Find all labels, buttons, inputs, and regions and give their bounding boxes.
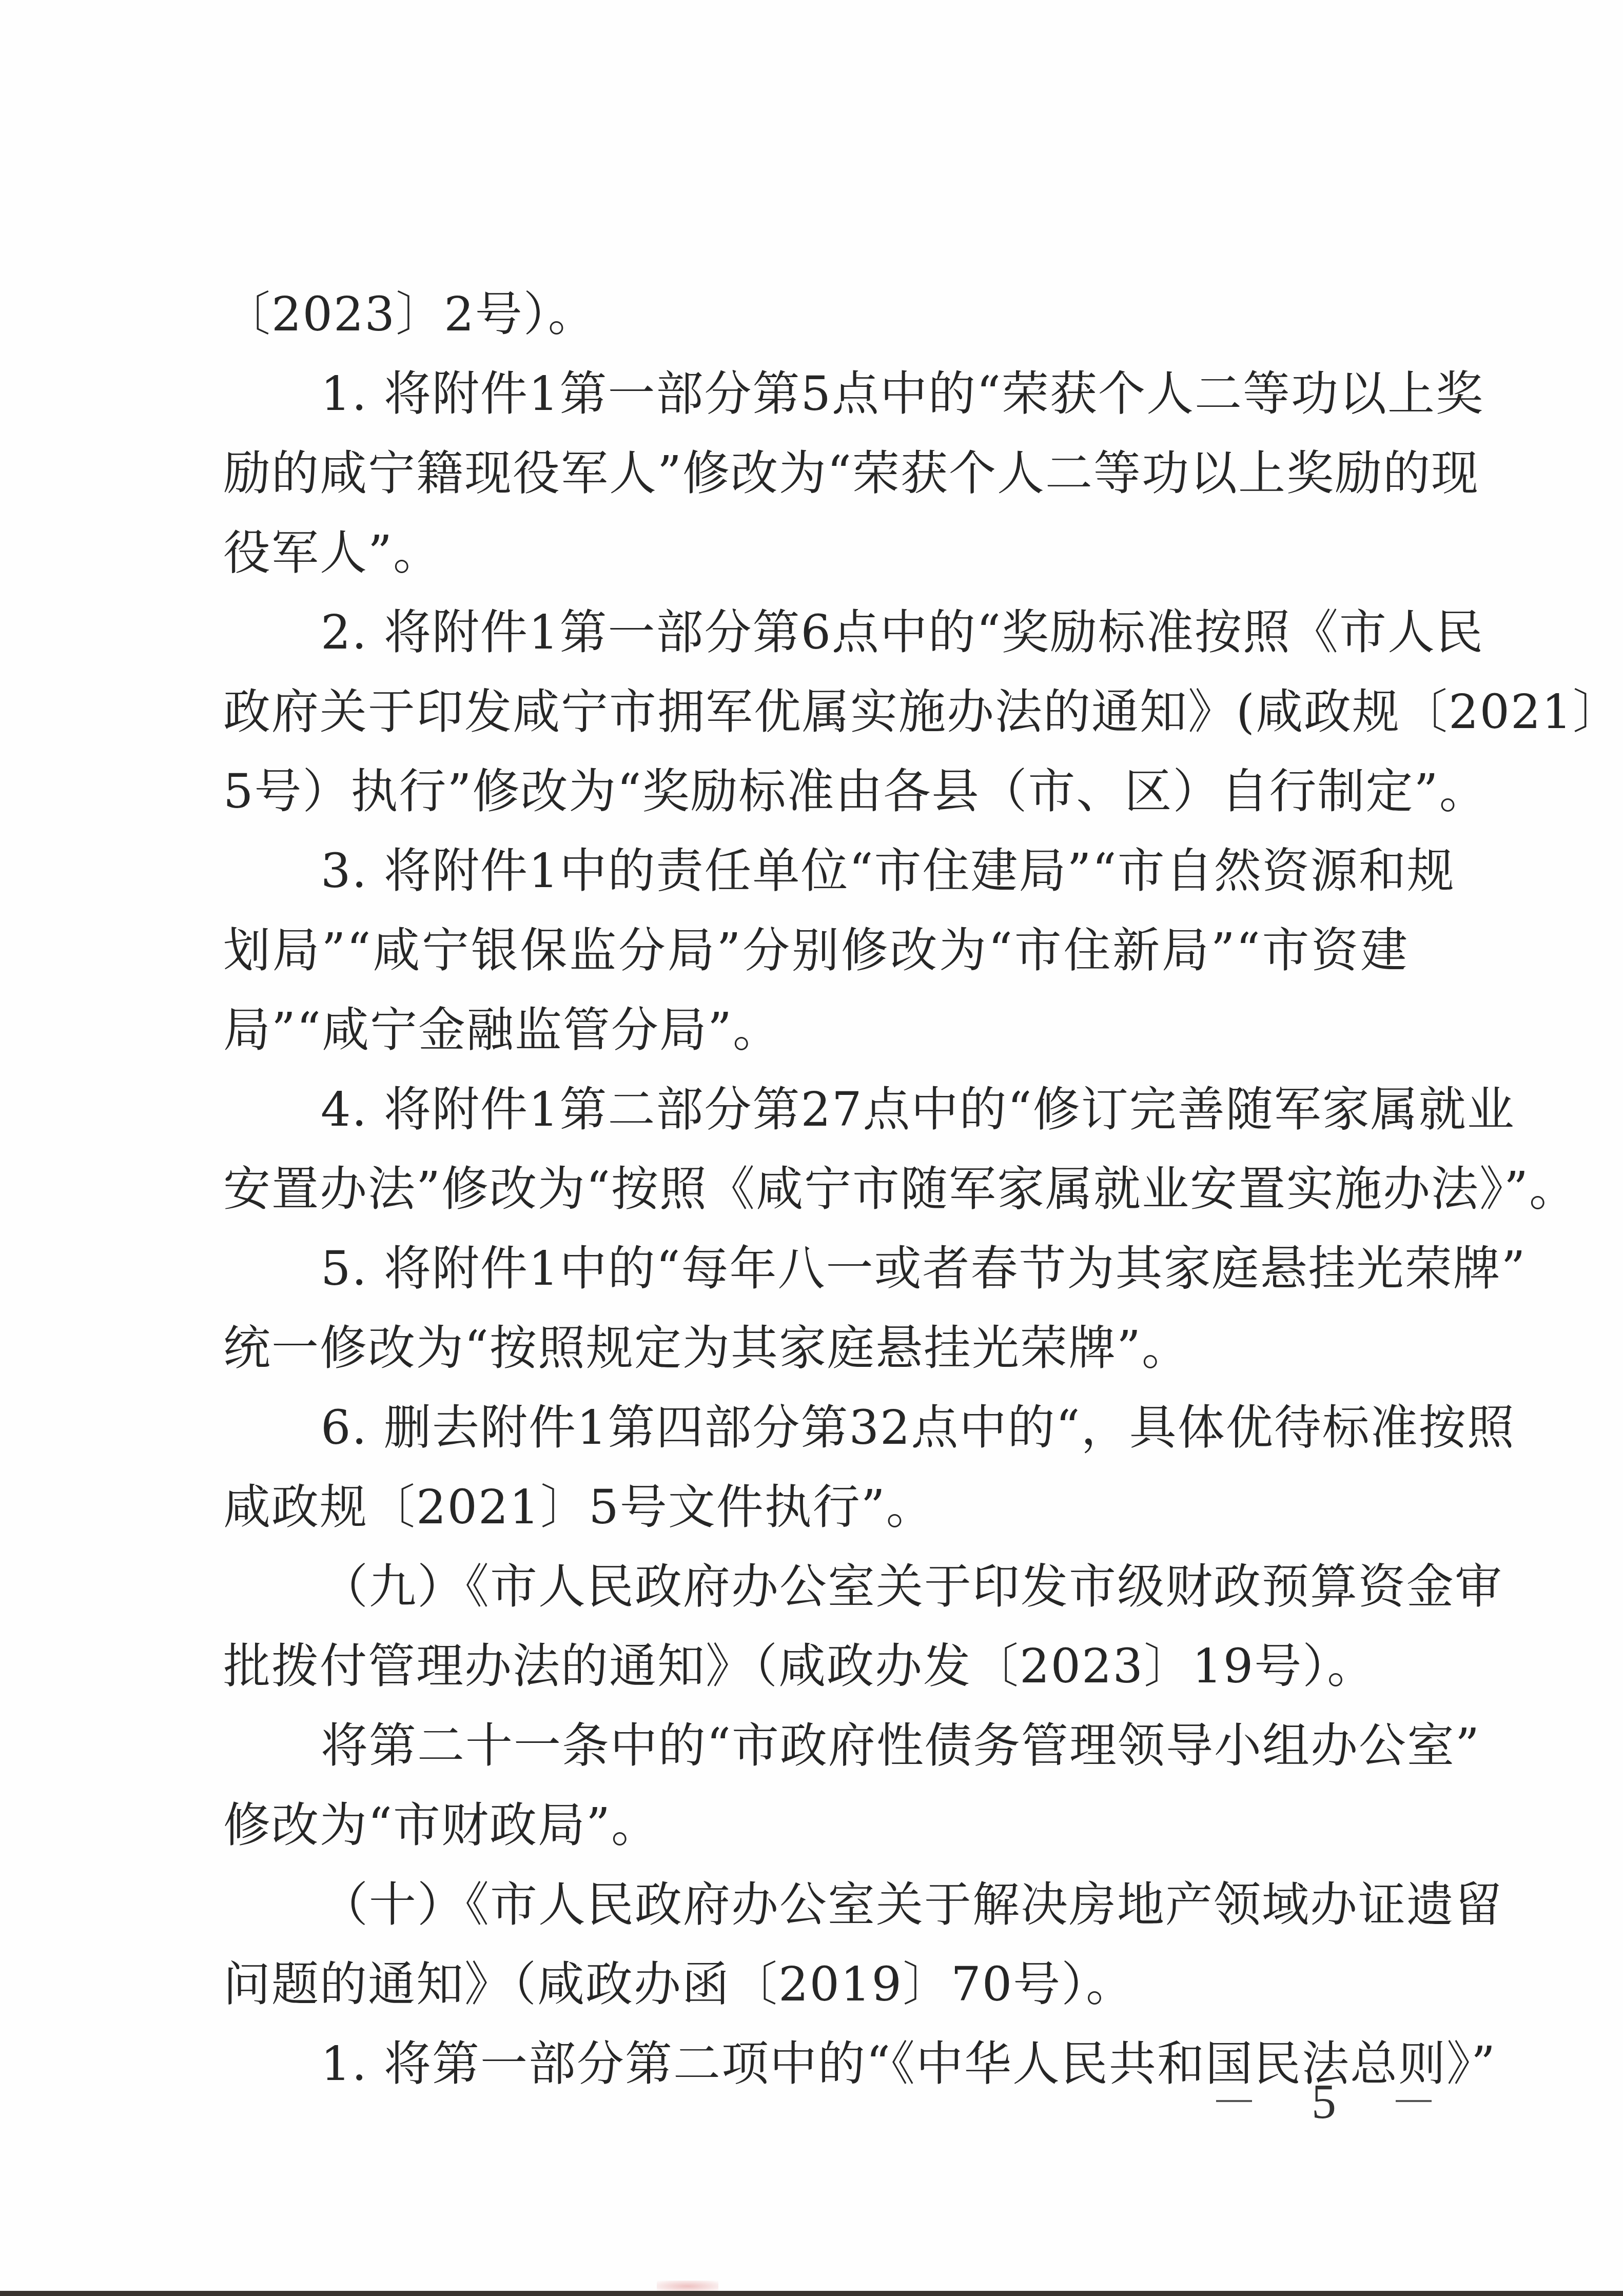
seal-bleed-mark <box>657 2281 718 2292</box>
paragraph-line: 励的咸宁籍现役军人”修改为“荣获个人二等功以上奖励的现 <box>223 440 1409 520</box>
section-heading-line: 问题的通知》（咸政办函〔2019〕70号）。 <box>223 1951 1409 2031</box>
paragraph-line: 1. 将附件1第一部分第5点中的“荣获个人二等功以上奖 <box>223 361 1409 440</box>
paragraph-line: 划局”“咸宁银保监分局”分别修改为“市住新局”“市资建 <box>223 917 1409 997</box>
section-heading-line: （十）《市人民政府办公室关于解决房地产领域办证遗留 <box>223 1872 1409 1951</box>
scan-bottom-edge <box>0 2291 1623 2296</box>
section-heading-line: （九）《市人民政府办公室关于印发市级财政预算资金审 <box>223 1554 1409 1633</box>
paragraph-line: 安置办法”修改为“按照《咸宁市随军家属就业安置实施办法》”。 <box>223 1156 1409 1235</box>
section-heading-line: 批拨付管理办法的通知》（咸政办发〔2023〕19号）。 <box>223 1633 1409 1713</box>
paragraph-line: 咸政规〔2021〕5号文件执行”。 <box>223 1474 1409 1554</box>
paragraph-line: 修改为“市财政局”。 <box>223 1792 1409 1872</box>
paragraph-line: 〔2023〕2号）。 <box>223 281 1409 361</box>
paragraph-line: 5号）执行”修改为“奖励标准由各县（市、区）自行制定”。 <box>223 758 1409 838</box>
page-number-value: 5 <box>1312 2073 1336 2130</box>
paragraph-line: 4. 将附件1第二部分第27点中的“修订完善随军家属就业 <box>223 1076 1409 1156</box>
paragraph-line: 局”“咸宁金融监管分局”。 <box>223 997 1409 1076</box>
paragraph-line: 政府关于印发咸宁市拥军优属实施办法的通知》(咸政规〔2021〕 <box>223 679 1409 758</box>
page-number-dash-right <box>1396 2100 1432 2102</box>
paragraph-line: 役军人”。 <box>223 520 1409 599</box>
page-number: 5 <box>1216 2068 1432 2134</box>
document-body: 〔2023〕2号）。 1. 将附件1第一部分第5点中的“荣获个人二等功以上奖 励… <box>223 281 1409 2110</box>
paragraph-line: 6. 删去附件1第四部分第32点中的“，具体优待标准按照 <box>223 1395 1409 1474</box>
document-page: 〔2023〕2号）。 1. 将附件1第一部分第5点中的“荣获个人二等功以上奖 励… <box>0 0 1623 2296</box>
paragraph-line: 2. 将附件1第一部分第6点中的“奖励标准按照《市人民 <box>223 599 1409 679</box>
paragraph-line: 统一修改为“按照规定为其家庭悬挂光荣牌”。 <box>223 1315 1409 1395</box>
paragraph-line: 5. 将附件1中的“每年八一或者春节为其家庭悬挂光荣牌” <box>223 1235 1409 1315</box>
page-number-dash-left <box>1216 2100 1252 2102</box>
paragraph-line: 将第二十一条中的“市政府性债务管理领导小组办公室” <box>223 1713 1409 1792</box>
paragraph-line: 3. 将附件1中的责任单位“市住建局”“市自然资源和规 <box>223 838 1409 917</box>
